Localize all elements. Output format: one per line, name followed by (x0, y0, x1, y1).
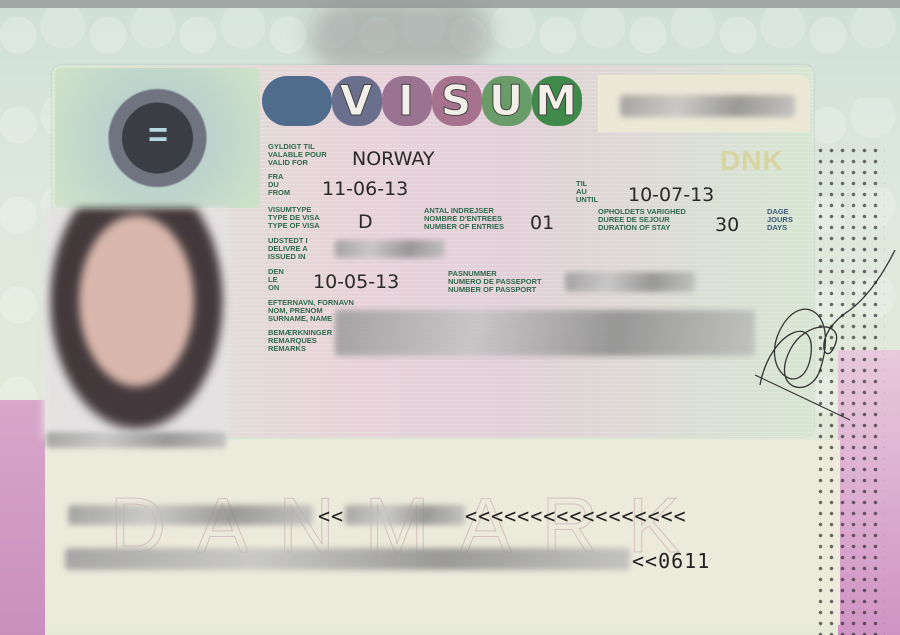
sticker-number-redacted (620, 95, 795, 117)
country-code: DNK (720, 145, 784, 177)
holder-photo (43, 208, 230, 440)
perforation-dots (815, 145, 885, 635)
visum-letter: M (532, 76, 582, 126)
visum-letter: V (332, 76, 382, 126)
days-label: DAGE JOURS DAYS (767, 208, 793, 232)
passport-number-redacted (565, 272, 695, 292)
issued-in-label: UDSTEDT I DELIVRE A ISSUED IN (268, 237, 308, 261)
visa-type-label: VISUMTYPE TYPE DE VISA TYPE OF VISA (268, 206, 320, 230)
from-value: 11-06-13 (322, 178, 408, 200)
mrz-line1-redacted-a (68, 505, 313, 525)
mrz-line2-tail: <<0611 (632, 549, 710, 573)
until-value: 10-07-13 (628, 184, 714, 206)
duration-value: 30 (715, 214, 739, 236)
duration-label: OPHOLDETS VARIGHED DUREE DE SEJOUR DURAT… (598, 208, 686, 232)
mrz-line1-redacted-b (345, 505, 465, 525)
valid-for-value: NORWAY (352, 148, 434, 170)
photo-caption-redacted (46, 432, 226, 448)
mrz-line1-separator: << (318, 504, 344, 528)
name-remarks-redacted (335, 310, 755, 356)
issued-on-label: DEN LE ON (268, 268, 284, 292)
issued-in-redacted (335, 240, 445, 258)
passport-number-label: PASNUMMER NUMERO DE PASSEPORT NUMBER OF … (448, 270, 542, 294)
issued-on-value: 10-05-13 (313, 271, 399, 293)
visa-type-value: D (358, 211, 373, 233)
from-label: FRA DU FROM (268, 173, 290, 197)
euro-symbol-icon: = (138, 115, 178, 155)
scan-shadow (310, 0, 490, 70)
entries-value: 01 (530, 212, 554, 234)
entries-label: ANTAL INDREJSER NOMBRE D'ENTREES NUMBER … (424, 207, 504, 231)
until-label: TIL AU UNTIL (576, 180, 598, 204)
mrz-line2-redacted (65, 548, 630, 570)
header-blue-block (262, 76, 332, 126)
mrz-line1-filler: <<<<<<<<<<<<<<<<< (465, 504, 687, 528)
visum-letter: I (382, 76, 432, 126)
visum-header: V I S U M (262, 73, 597, 128)
visum-letter: U (482, 76, 532, 126)
left-security-band (0, 400, 45, 635)
remarks-label: BEMÆRKNINGER REMARQUES REMARKS (268, 329, 332, 353)
valid-for-label: GYLDIGT TIL VALABLE POUR VALID FOR (268, 143, 327, 167)
visum-word: V I S U M (332, 76, 582, 126)
visum-letter: S (432, 76, 482, 126)
